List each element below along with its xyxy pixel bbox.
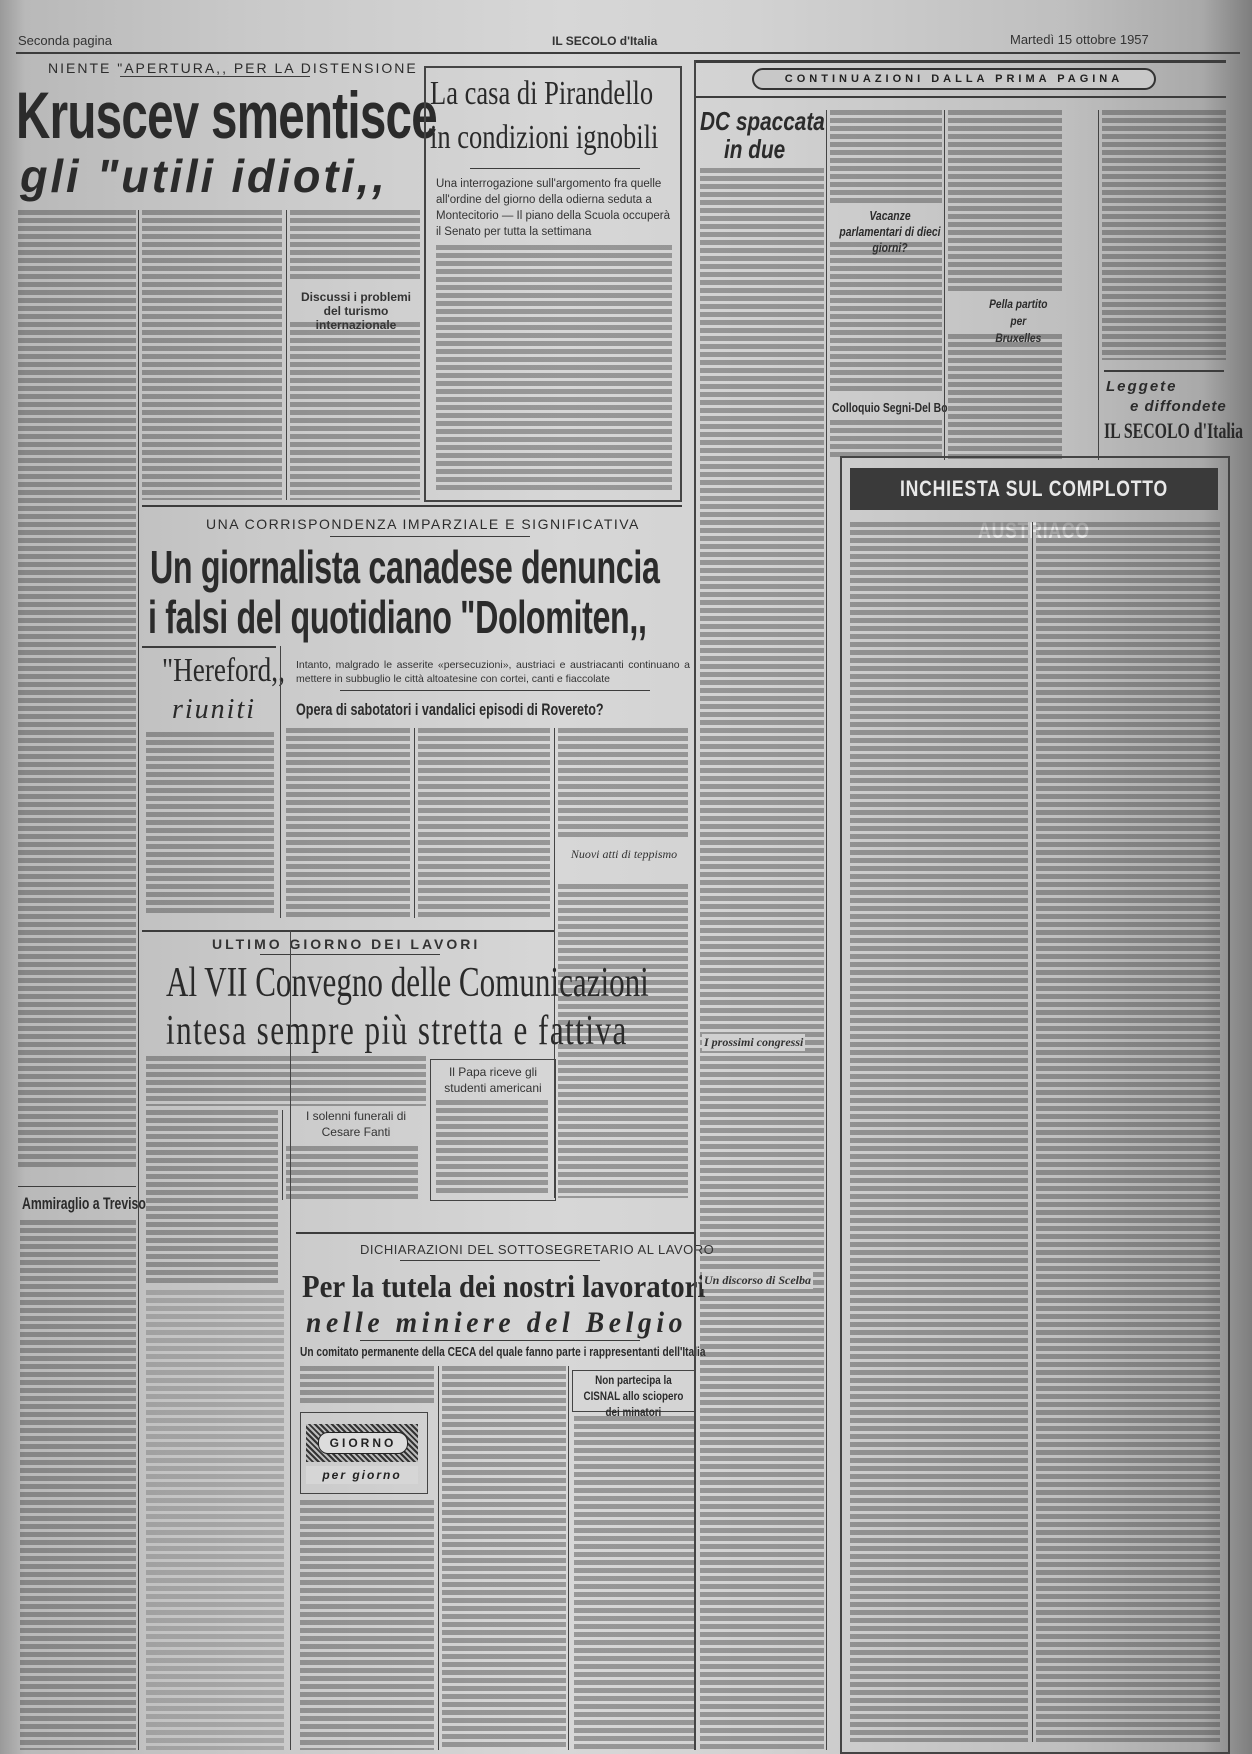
colloquio-headline: Colloquio Segni-Del Bo — [832, 400, 948, 416]
giorno-body — [300, 1500, 434, 1750]
dc-body-col2a — [830, 110, 942, 206]
giorno-title: GIORNO — [318, 1432, 408, 1454]
dc-body-col1 — [700, 168, 824, 1750]
kicker-underline — [260, 954, 440, 955]
cisnal-body — [574, 1416, 694, 1750]
column-rule — [138, 210, 139, 1750]
convegno-box-funerali: I solenni funerali di Cesare Fanti — [296, 1108, 416, 1140]
deck-rule — [360, 1340, 640, 1341]
belgio-box-cisnal: Non partecipa la CISNAL allo sciopero de… — [576, 1372, 691, 1420]
section-rule — [296, 1232, 696, 1234]
convegno-headline-1: Al VII Convegno delle Comunicazioni — [166, 960, 649, 1006]
pirandello-headline-2: in condizioni ignobili — [430, 118, 658, 158]
dc-headline-1: DC spaccata — [700, 106, 825, 136]
column-rule — [282, 1110, 283, 1200]
column-rule — [1032, 522, 1033, 1742]
pella-body — [948, 334, 1062, 460]
dolomiten-side-subhead: Nuovi atti di teppismo — [566, 846, 682, 862]
belgio-body-lead — [300, 1366, 434, 1406]
column-rule — [944, 110, 945, 460]
krusciov-kicker: NIENTE "APERTURA,, PER LA DISTENSIONE — [48, 60, 418, 76]
belgio-kicker: DICHIARAZIONI DEL SOTTOSEGRETARIO AL LAV… — [360, 1242, 714, 1257]
pirandello-deck: Una interrogazione sull'argomento fra qu… — [436, 176, 672, 240]
center-left-body — [146, 1290, 284, 1750]
issue-date: Martedì 15 ottobre 1957 — [1010, 32, 1149, 47]
hereford-top-rule — [142, 646, 276, 648]
column-rule — [1098, 110, 1099, 460]
dolomiten-body-col2 — [418, 728, 550, 918]
dolomiten-deck: Intanto, malgrado le asserite «persecuzi… — [296, 658, 690, 686]
dolomiten-headline-1: Un giornalista canadese denuncia — [150, 542, 660, 592]
inchiesta-body-col1 — [850, 522, 1028, 1742]
krusciov-body-col3a — [290, 210, 420, 280]
hereford-headline-2: riuniti — [172, 694, 256, 726]
page-label: Seconda pagina — [18, 33, 112, 48]
masthead-rule — [16, 52, 1240, 54]
convegno-box-papa: Il Papa riceve gli studenti americani — [436, 1064, 550, 1096]
dolomiten-body-col1 — [286, 728, 410, 918]
column-rule — [568, 1366, 569, 1750]
giorno-subtitle: per giorno — [306, 1466, 418, 1484]
section-divider — [694, 60, 696, 1750]
section-rule — [142, 505, 682, 507]
column-rule — [826, 110, 827, 1750]
vacanze-body — [830, 242, 942, 392]
continuazioni-col4 — [1102, 110, 1226, 360]
krusciov-headline-2: gli "utili idioti,, — [20, 150, 388, 202]
convegno-headline-2: intesa sempre più stretta e fattiva — [166, 1008, 628, 1054]
promo-rule — [1104, 370, 1224, 372]
convegno-kicker: ULTIMO GIORNO DEI LAVORI — [212, 936, 480, 952]
hereford-body — [146, 732, 274, 916]
dolomiten-body-col3 — [558, 728, 688, 840]
inchiesta-body-col2 — [1036, 522, 1220, 1742]
promo-line-3: IL SECOLO d'Italia — [1104, 418, 1243, 444]
continuazioni-top-rule — [696, 60, 1226, 63]
section-rule — [142, 930, 554, 932]
krusciov-body-col2 — [142, 210, 282, 500]
kicker-underline — [400, 1260, 600, 1261]
papa-body — [436, 1100, 548, 1196]
convegno-lead — [146, 1056, 426, 1106]
inchiesta-banner: INCHIESTA SUL COMPLOTTO AUSTRIACO — [850, 468, 1218, 510]
dolomiten-kicker: UNA CORRISPONDENZA IMPARZIALE E SIGNIFIC… — [206, 516, 640, 532]
belgio-deck: Un comitato permanente della CECA del qu… — [300, 1344, 705, 1360]
kicker-underline — [330, 536, 530, 537]
column-rule — [290, 930, 291, 1750]
dolomiten-headline-2: i falsi del quotidiano "Dolomiten,, — [148, 592, 647, 642]
newspaper-name: IL SECOLO d'Italia — [552, 34, 657, 48]
scelba-headline: Un discorso di Scelba — [702, 1272, 813, 1289]
section-rule — [18, 1186, 136, 1187]
column-rule — [414, 728, 415, 918]
kicker-underline — [120, 76, 310, 77]
deck-underline — [340, 690, 650, 691]
ammiraglio-headline: Ammiraglio a Treviso — [22, 1194, 146, 1214]
pirandello-rule — [470, 168, 640, 169]
colloquio-body — [830, 420, 942, 460]
funerali-body — [286, 1146, 418, 1202]
dc-headline-2: in due — [724, 134, 785, 164]
promo-line-2: e diffondete — [1130, 398, 1227, 416]
column-rule — [286, 210, 287, 500]
continuazioni-bottom-rule — [696, 96, 1226, 98]
pirandello-body — [436, 245, 672, 493]
hereford-headline-1: "Hereford,, — [162, 652, 285, 690]
promo-line-1: Leggete — [1106, 378, 1178, 396]
krusciov-body-col3b — [290, 322, 420, 500]
column-rule — [280, 646, 281, 918]
continuazioni-col3a — [948, 110, 1062, 294]
krusciov-headline-1: Kruscev smentisce — [16, 82, 437, 148]
prossimi-congressi-headline: I prossimi congressi — [702, 1034, 805, 1051]
krusciov-body-col1 — [18, 210, 136, 1170]
newspaper-page: Seconda pagina IL SECOLO d'Italia Marted… — [0, 0, 1252, 1754]
convegno-body-col1 — [146, 1110, 278, 1286]
belgio-headline-2: nelle miniere del Belgio — [306, 1306, 687, 1340]
dolomiten-subhead: Opera di sabotatori i vandalici episodi … — [296, 700, 604, 720]
column-rule — [438, 1366, 439, 1750]
belgio-headline-1: Per la tutela dei nostri lavoratori — [302, 1268, 705, 1304]
continuazioni-banner: CONTINUAZIONI DALLA PRIMA PAGINA — [752, 68, 1156, 90]
belgio-body-col2 — [442, 1366, 566, 1750]
ammiraglio-body — [20, 1220, 136, 1750]
pirandello-headline-1: La casa di Pirandello — [430, 74, 653, 114]
